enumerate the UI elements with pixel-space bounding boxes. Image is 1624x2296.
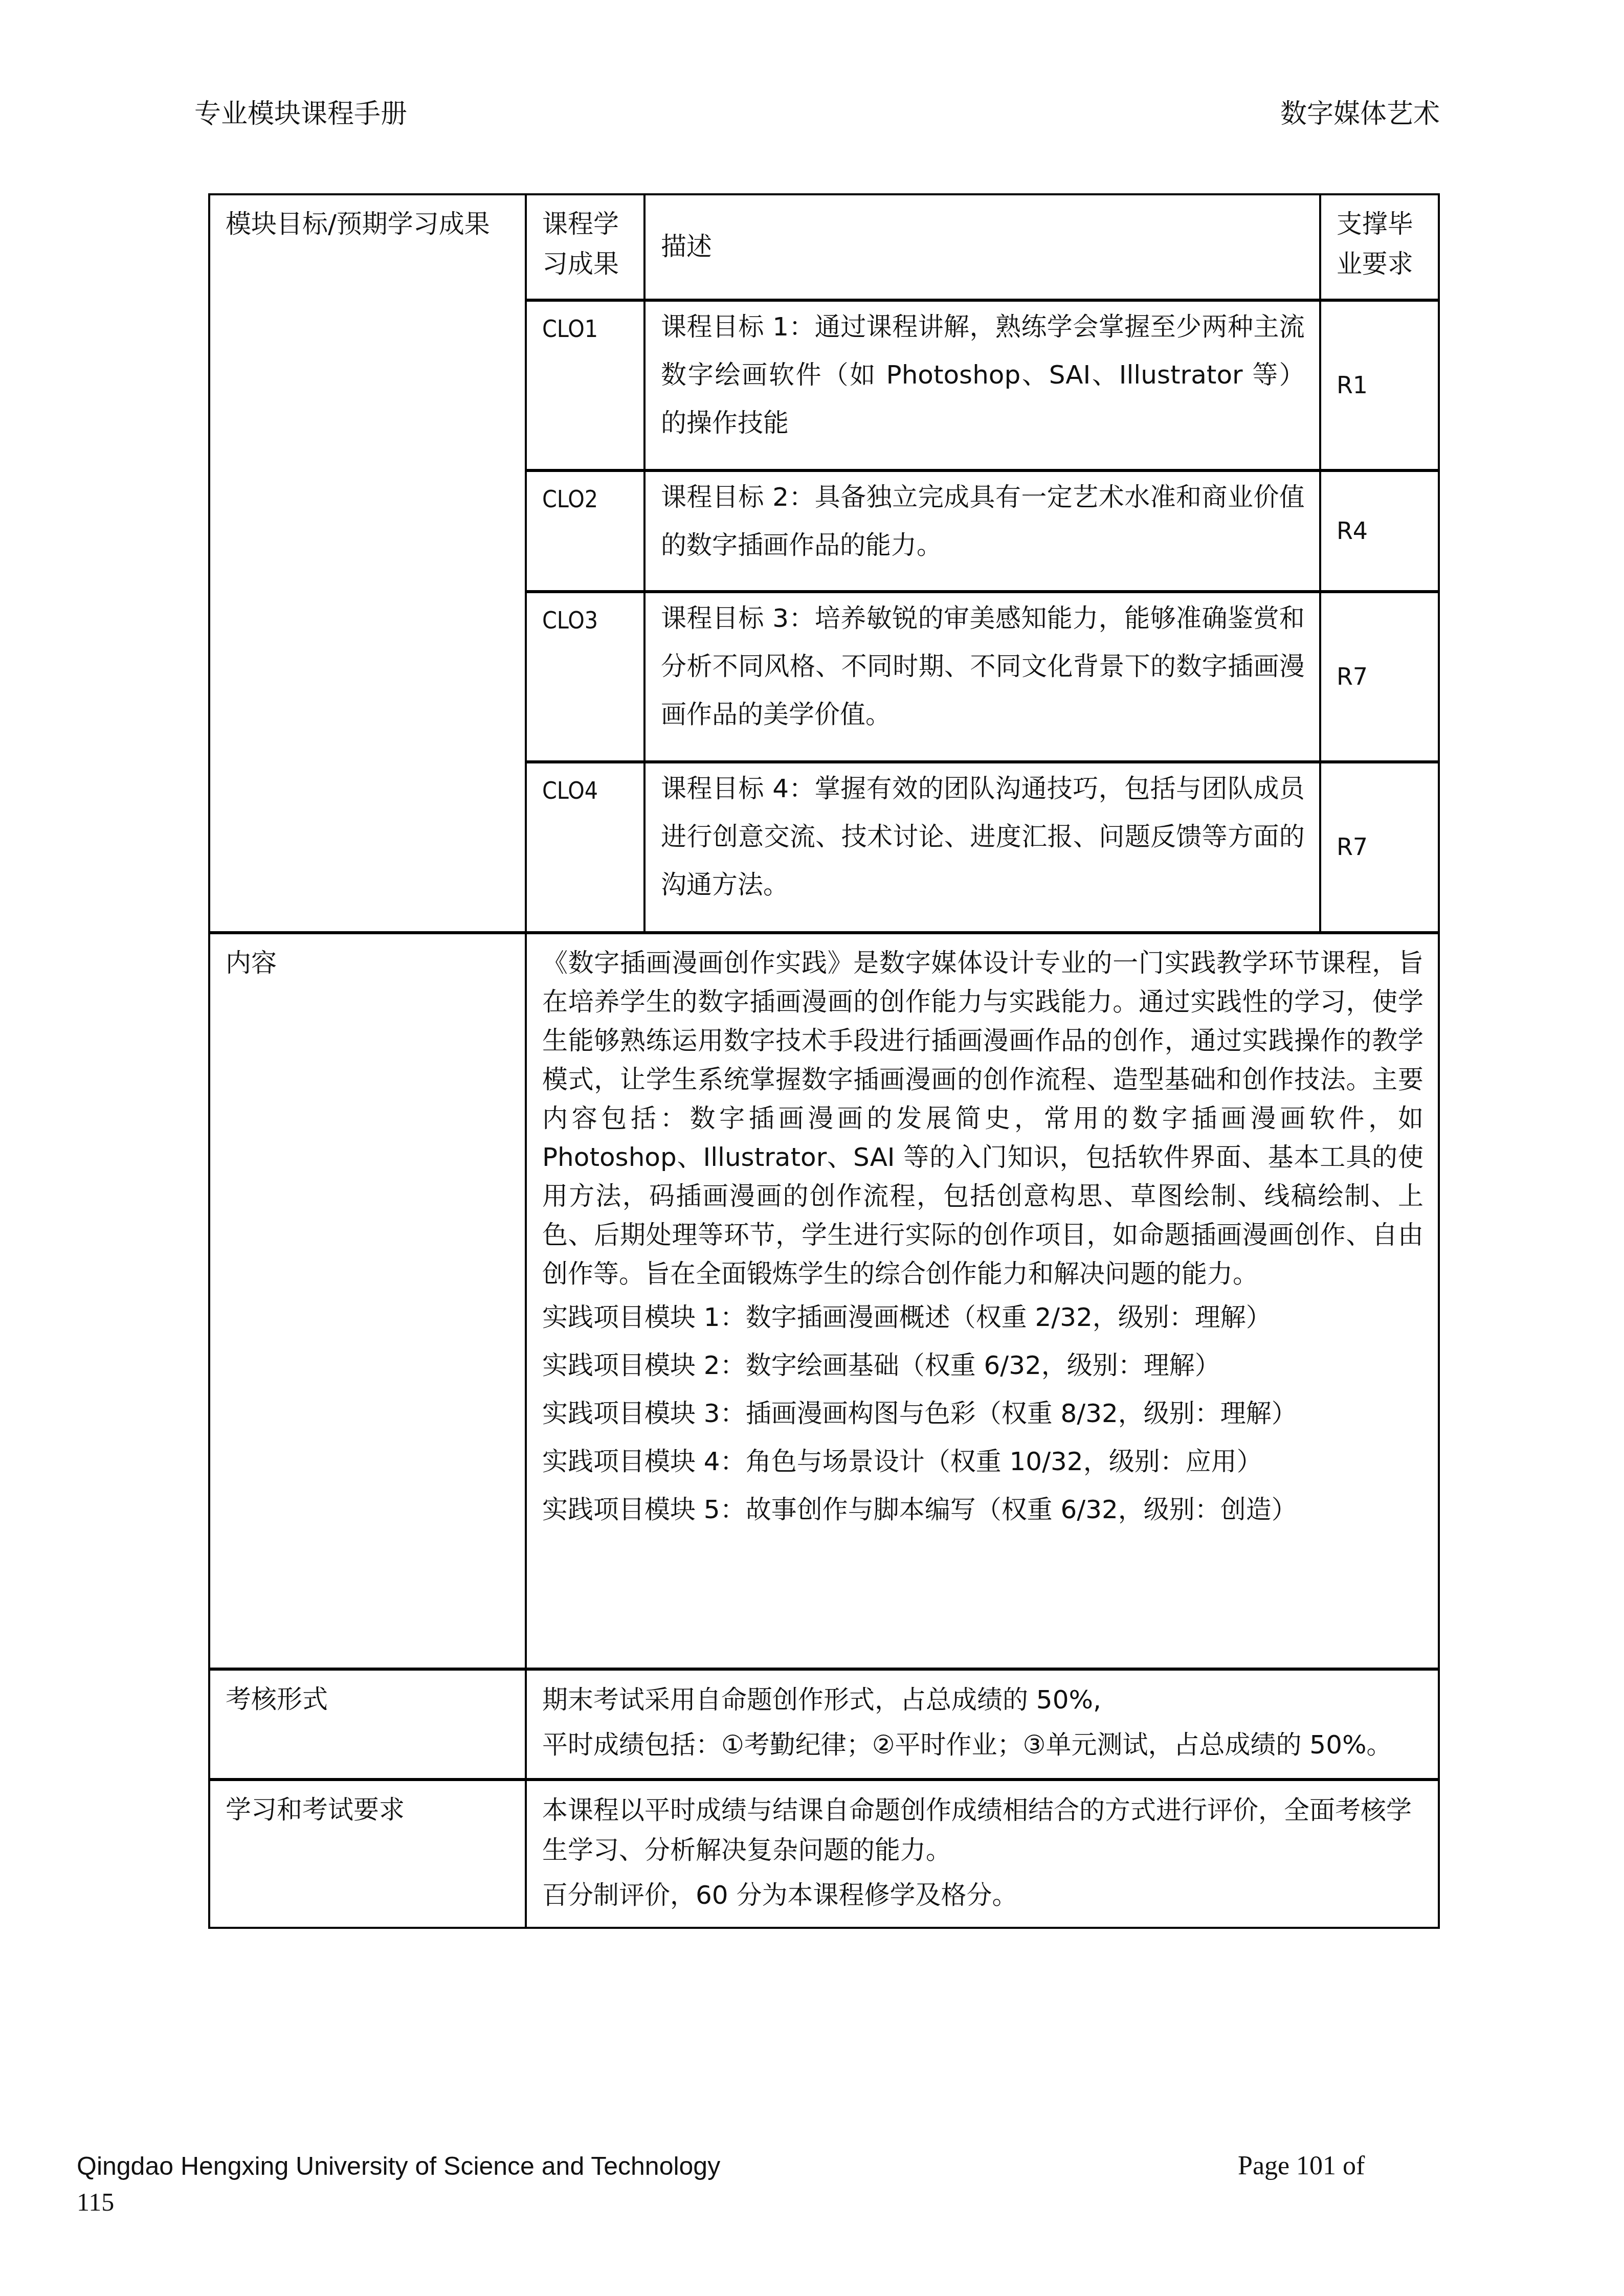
requirements-line: 本课程以平时成绩与结课自命题创作成绩相结合的方式进行评价，全面考核学生学习、分析… [542, 1790, 1423, 1870]
requirements-line: 百分制评价，60 分为本课程修学及格分。 [542, 1875, 1423, 1915]
requirements-label: 学习和考试要求 [209, 1780, 526, 1928]
running-header-title: 专业模块课程手册 [194, 96, 407, 132]
module-item: 实践项目模块 1：数字插画漫画概述（权重 2/32，级别：理解） [542, 1293, 1423, 1341]
module-goal-header: 模块目标/预期学习成果 [209, 194, 526, 933]
running-header-major: 数字媒体艺术 [1280, 96, 1440, 132]
content-paragraph: 《数字插画漫画创作实践》是数字媒体设计专业的一门实践教学环节课程，旨在培养学生的… [542, 943, 1423, 1293]
clo-requirement: R4 [1320, 470, 1439, 592]
module-item: 实践项目模块 4：角色与场景设计（权重 10/32，级别：应用） [542, 1437, 1423, 1485]
module-goal-label: 模块目标/预期学习成果 [226, 209, 490, 239]
clo-requirement: R7 [1320, 762, 1439, 933]
description-label: 描述 [661, 232, 712, 261]
table-header-row: 模块目标/预期学习成果 课程学习成果 描述 支撑毕业要求 [209, 194, 1439, 300]
assessment-label: 考核形式 [209, 1669, 526, 1780]
clo-requirement: R7 [1320, 592, 1439, 762]
clo-id: CLO1 [526, 300, 644, 470]
module-item: 实践项目模块 3：插画漫画构图与色彩（权重 8/32，级别：理解） [542, 1389, 1423, 1437]
clo-id: CLO3 [526, 592, 644, 762]
assessment-body: 期末考试采用自命题创作形式，占总成绩的 50%, 平时成绩包括：①考勤纪律；②平… [526, 1669, 1439, 1780]
content-row: 内容 《数字插画漫画创作实践》是数字媒体设计专业的一门实践教学环节课程，旨在培养… [209, 933, 1439, 1669]
clo-description: 课程目标 4：掌握有效的团队沟通技巧，包括与团队成员进行创意交流、技术讨论、进度… [644, 762, 1320, 933]
clo-description: 课程目标 1：通过课程讲解，熟练学会掌握至少两种主流数字绘画软件（如 Photo… [644, 300, 1320, 470]
clo-id: CLO2 [526, 470, 644, 592]
description-header: 描述 [644, 194, 1320, 300]
course-module-table: 模块目标/预期学习成果 课程学习成果 描述 支撑毕业要求 CLO1 课程目标 1… [208, 193, 1440, 1929]
requirements-body: 本课程以平时成绩与结课自命题创作成绩相结合的方式进行评价，全面考核学生学习、分析… [526, 1780, 1439, 1928]
requirements-row: 学习和考试要求 本课程以平时成绩与结课自命题创作成绩相结合的方式进行评价，全面考… [209, 1780, 1439, 1928]
assessment-line: 期末考试采用自命题创作形式，占总成绩的 50%, [542, 1680, 1423, 1720]
requirement-label: 支撑毕业要求 [1337, 209, 1413, 279]
assessment-line: 平时成绩包括：①考勤纪律；②平时作业；③单元测试，占总成绩的 50%。 [542, 1725, 1423, 1765]
assessment-row: 考核形式 期末考试采用自命题创作形式，占总成绩的 50%, 平时成绩包括：①考勤… [209, 1669, 1439, 1780]
clo-description: 课程目标 3：培养敏锐的审美感知能力，能够准确鉴赏和分析不同风格、不同时期、不同… [644, 592, 1320, 762]
footer-page-total: 115 [77, 2184, 114, 2220]
clo-label: 课程学习成果 [542, 209, 619, 279]
content-label: 内容 [209, 933, 526, 1669]
clo-id: CLO4 [526, 762, 644, 933]
footer-page-label: Page 101 of [1238, 2148, 1365, 2185]
footer-institution: Qingdao Hengxing University of Science a… [77, 2148, 720, 2185]
requirement-header: 支撑毕业要求 [1320, 194, 1439, 300]
content-body: 《数字插画漫画创作实践》是数字媒体设计专业的一门实践教学环节课程，旨在培养学生的… [526, 933, 1439, 1669]
module-item: 实践项目模块 2：数字绘画基础（权重 6/32，级别：理解） [542, 1341, 1423, 1389]
clo-header: 课程学习成果 [526, 194, 644, 300]
clo-description: 课程目标 2：具备独立完成具有一定艺术水准和商业价值的数字插画作品的能力。 [644, 470, 1320, 592]
module-item: 实践项目模块 5：故事创作与脚本编写（权重 6/32，级别：创造） [542, 1485, 1423, 1534]
clo-requirement: R1 [1320, 300, 1439, 470]
